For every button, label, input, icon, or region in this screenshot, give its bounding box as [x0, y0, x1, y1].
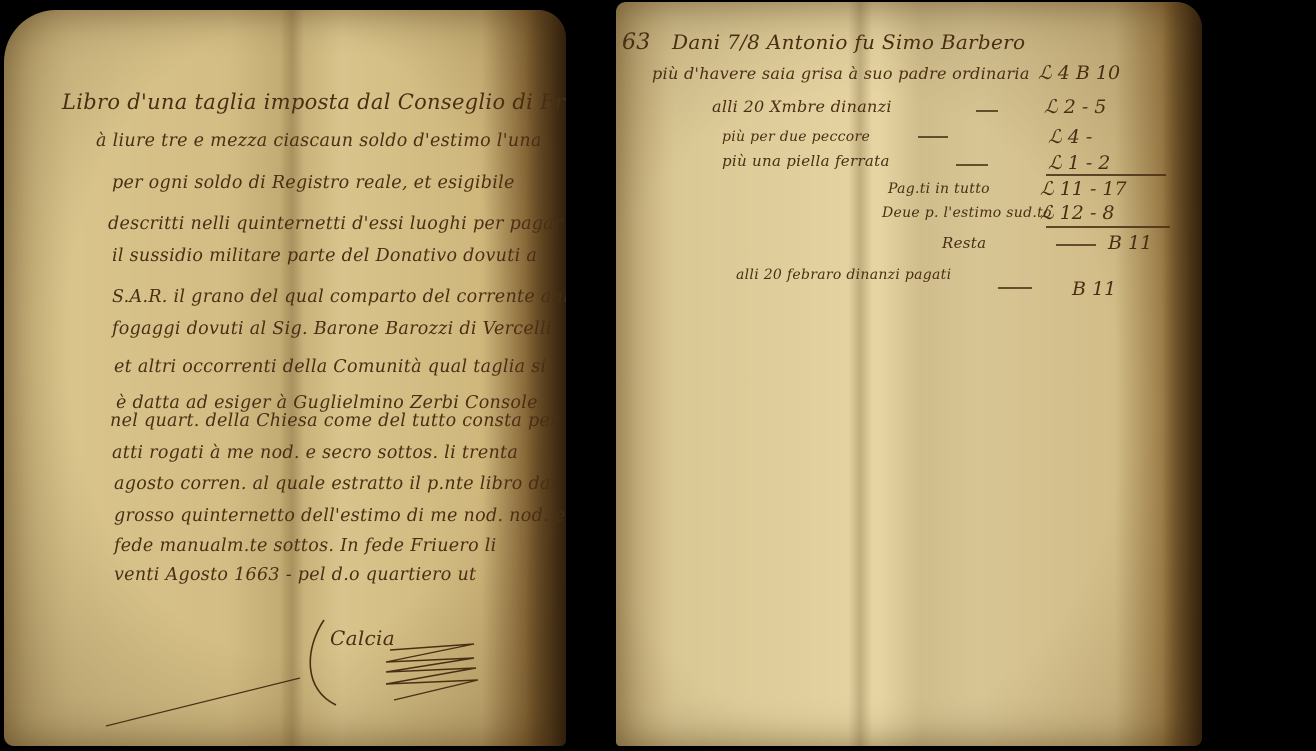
ledger-entry-amount: ℒ 1 - 2 — [1048, 152, 1110, 174]
total-amount: ℒ 12 - 8 — [1040, 202, 1115, 224]
right-manuscript-page: 63 Dani 7/8 Antonio fu Simo Barbero più … — [616, 2, 1202, 746]
worn-page-edge — [526, 10, 566, 746]
difference-rule — [1046, 226, 1170, 228]
payment-note: alli 20 febraro dinanzi pagati — [736, 268, 951, 282]
worn-page-edge — [1162, 2, 1202, 746]
manuscript-line: per ogni soldo di Registro reale, et esi… — [112, 175, 515, 193]
manuscript-line: venti Agosto 1663 - pel d.o quartiero ut — [114, 567, 476, 585]
manuscript-line: Libro d'una taglia imposta dal Conseglio… — [62, 92, 566, 113]
ledger-dash — [918, 136, 948, 138]
ledger-entry-amount: ℒ 4 - — [1048, 126, 1092, 148]
ledger-dash — [998, 287, 1032, 289]
folio-number: 63 — [622, 32, 651, 54]
manuscript-line: descritti nelli quinternetti d'essi luog… — [108, 216, 563, 234]
ledger-entry-text: alli 20 Xmbre dinanzi — [712, 99, 892, 115]
left-manuscript-page: Libro d'una taglia imposta dal Conseglio… — [4, 10, 566, 746]
manuscript-line: et altri occorrenti della Comunità qual … — [114, 359, 546, 377]
total-label: Deue p. l'estimo sud.to — [882, 206, 1052, 220]
ledger-entry-text: più per due peccore — [722, 130, 870, 144]
manuscript-line: il sussidio militare parte del Donativo … — [112, 248, 537, 266]
manuscript-line: fede manualm.te sottos. In fede Friuero … — [114, 538, 497, 556]
ledger-dash — [976, 110, 998, 112]
ledger-entry-text: più d'havere saia grisa à suo padre ordi… — [652, 66, 1030, 82]
ledger-dash — [1056, 244, 1096, 246]
pen-stroke-icon — [104, 670, 304, 730]
ledger-dash — [956, 164, 988, 166]
sum-rule — [1046, 174, 1166, 176]
manuscript-line: S.A.R. il grano del qual comparto del co… — [112, 289, 566, 307]
signature-flourish-icon — [294, 610, 494, 720]
total-amount: B 11 — [1108, 232, 1152, 254]
account-header: Dani 7/8 Antonio fu Simo Barbero — [672, 32, 1025, 52]
ledger-entry-text: più una piella ferrata — [722, 154, 890, 169]
manuscript-line: è datta ad esiger à Guglielmino Zerbi Co… — [116, 395, 538, 413]
total-amount: ℒ 11 - 17 — [1040, 178, 1127, 200]
manuscript-line: agosto corren. al quale estratto il p.nt… — [114, 476, 557, 494]
ledger-entry-amount: ℒ 4 B 10 — [1038, 62, 1120, 84]
manuscript-line: nel quart. della Chiesa come del tutto c… — [110, 413, 559, 431]
manuscript-line: atti rogati à me nod. e secro sottos. li… — [112, 445, 518, 463]
payment-amount: B 11 — [1072, 278, 1116, 300]
manuscript-line: fogaggi dovuti al Sig. Barone Barozzi di… — [112, 321, 552, 339]
total-label: Pag.ti in tutto — [888, 182, 990, 196]
ledger-entry-amount: ℒ 2 - 5 — [1044, 96, 1106, 118]
manuscript-line: à liure tre e mezza ciascaun soldo d'est… — [96, 133, 542, 151]
manuscript-line: grosso quinternetto dell'estimo di me no… — [114, 508, 565, 526]
total-label: Resta — [942, 236, 986, 251]
